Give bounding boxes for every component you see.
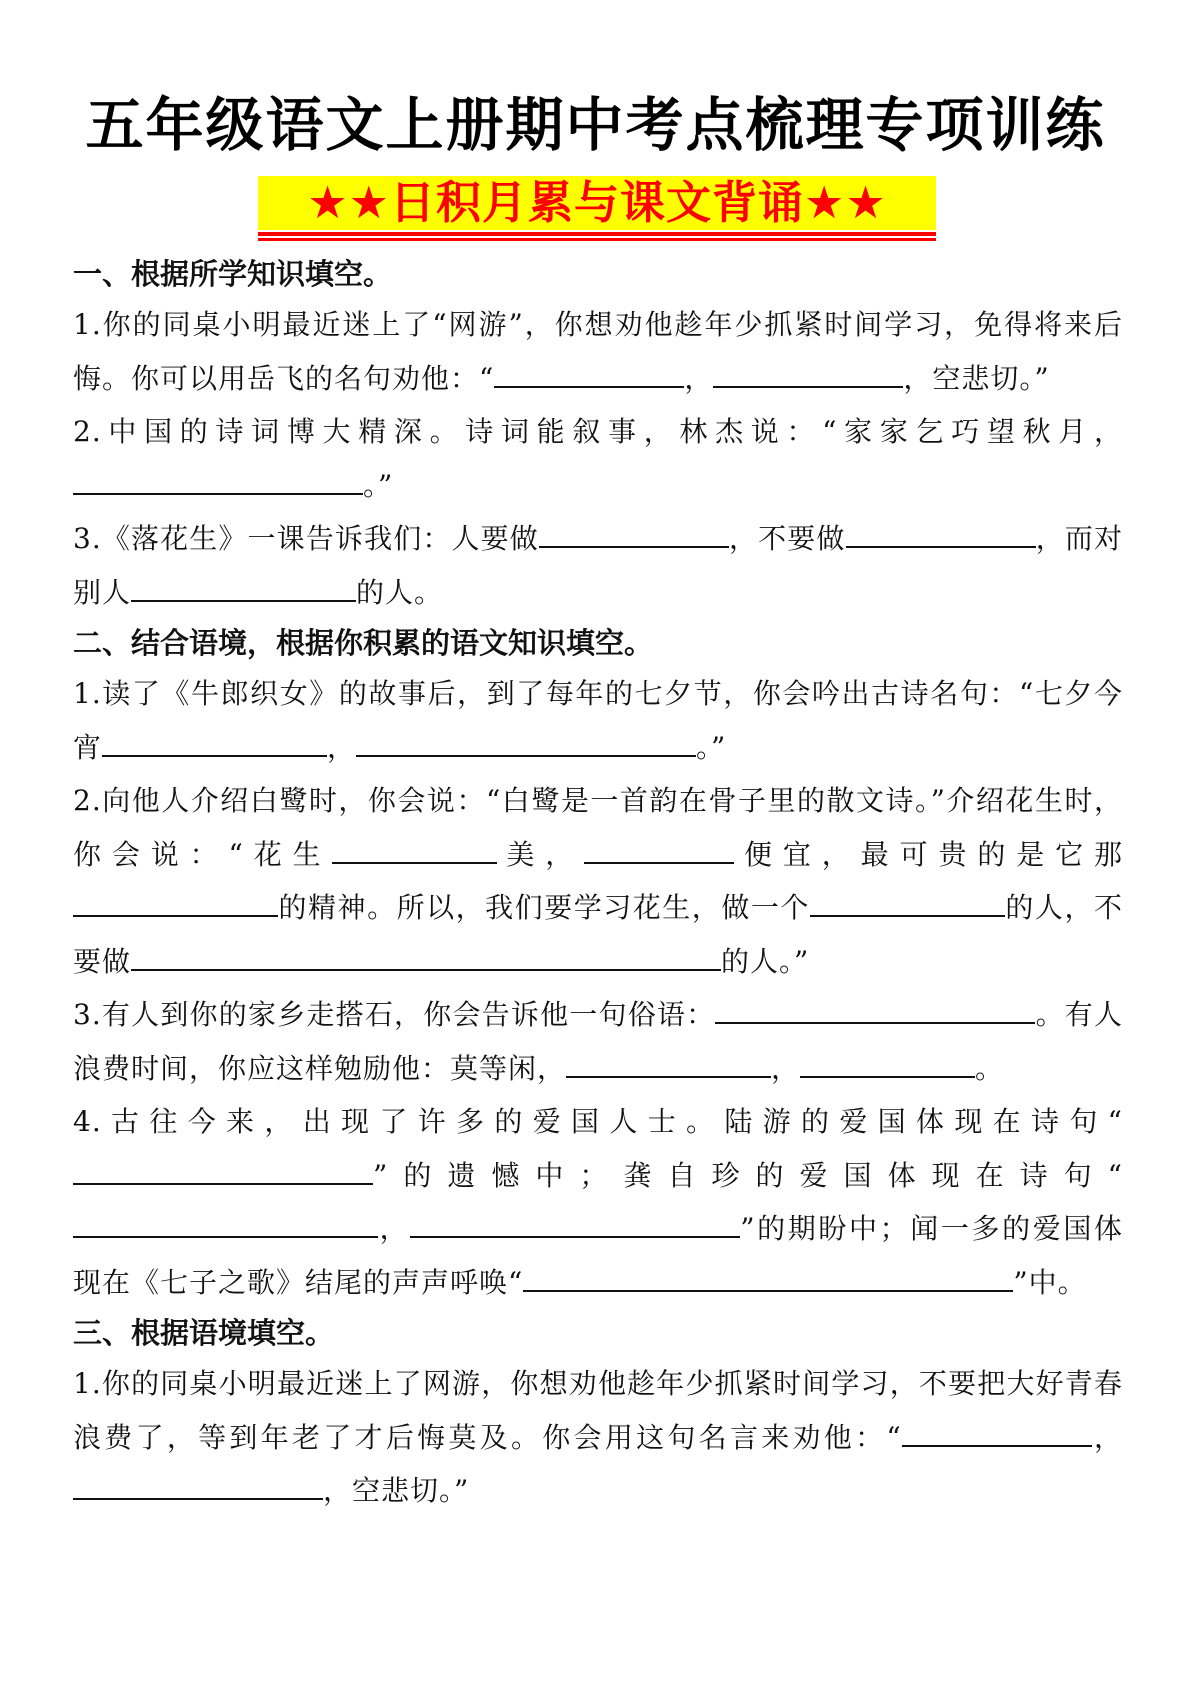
answer-blank[interactable] <box>523 1264 1013 1292</box>
answer-blank[interactable] <box>494 360 684 388</box>
answer-blank[interactable] <box>539 520 729 548</box>
answer-blank[interactable] <box>566 1050 771 1078</box>
question-2-2: 2.向他人介绍白鹭时，你会说：“白鹭是一首韵在骨子里的散文诗。”介绍花生时，你会… <box>73 774 1123 988</box>
worksheet-body: 一、根据所学知识填空。 1.你的同桌小明最近迷上了“网游”，你想劝他趁年少抓紧时… <box>73 250 1123 1518</box>
banner-text: ★★日积月累与课文背诵★★ <box>307 176 886 229</box>
answer-blank[interactable] <box>131 943 721 971</box>
question-2-1: 1.读了《牛郎织女》的故事后，到了每年的七夕节，你会吟出古诗名句：“七夕今宵，。… <box>73 667 1123 774</box>
question-3-1: 1.你的同桌小明最近迷上了网游，你想劝他趁年少抓紧时间学习，不要把大好青春浪费了… <box>73 1357 1123 1518</box>
banner-underline-2 <box>258 238 936 241</box>
question-2-3: 3.有人到你的家乡走搭石，你会告诉他一句俗语：。有人浪费时间，你应这样勉励他：莫… <box>73 988 1123 1095</box>
section-heading-3: 三、根据语境填空。 <box>73 1309 1123 1357</box>
answer-blank[interactable] <box>102 729 327 757</box>
question-1-1: 1.你的同桌小明最近迷上了“网游”，你想劝他趁年少抓紧时间学习，免得将来后悔。你… <box>73 298 1123 405</box>
answer-blank[interactable] <box>902 1419 1092 1447</box>
answer-blank[interactable] <box>332 836 497 864</box>
answer-blank[interactable] <box>73 1157 373 1185</box>
answer-blank[interactable] <box>73 1472 323 1500</box>
answer-blank[interactable] <box>846 520 1036 548</box>
answer-blank[interactable] <box>810 889 1005 917</box>
answer-blank[interactable] <box>73 467 363 495</box>
question-1-2: 2.中国的诗词博大精深。诗词能叙事，林杰说：“家家乞巧望秋月，。” <box>73 405 1123 512</box>
section-heading-2: 二、结合语境，根据你积累的语文知识填空。 <box>73 619 1123 667</box>
document-title: 五年级语文上册期中考点梳理专项训练 <box>0 78 1191 162</box>
answer-blank[interactable] <box>713 360 903 388</box>
question-2-4: 4.古往今来，出现了许多的爱国人士。陆游的爱国体现在诗句“”的遗憾中；龚自珍的爱… <box>73 1095 1123 1309</box>
answer-blank[interactable] <box>715 996 1035 1024</box>
answer-blank[interactable] <box>73 889 278 917</box>
answer-blank[interactable] <box>73 1210 378 1238</box>
section-heading-1: 一、根据所学知识填空。 <box>73 250 1123 298</box>
answer-blank[interactable] <box>584 836 734 864</box>
answer-blank[interactable] <box>410 1210 740 1238</box>
question-1-3: 3.《落花生》一课告诉我们：人要做，不要做，而对别人的人。 <box>73 512 1123 619</box>
banner-underline <box>258 232 936 236</box>
answer-blank[interactable] <box>356 729 696 757</box>
section-banner: ★★日积月累与课文背诵★★ <box>258 176 936 230</box>
answer-blank[interactable] <box>800 1050 975 1078</box>
answer-blank[interactable] <box>131 574 356 602</box>
